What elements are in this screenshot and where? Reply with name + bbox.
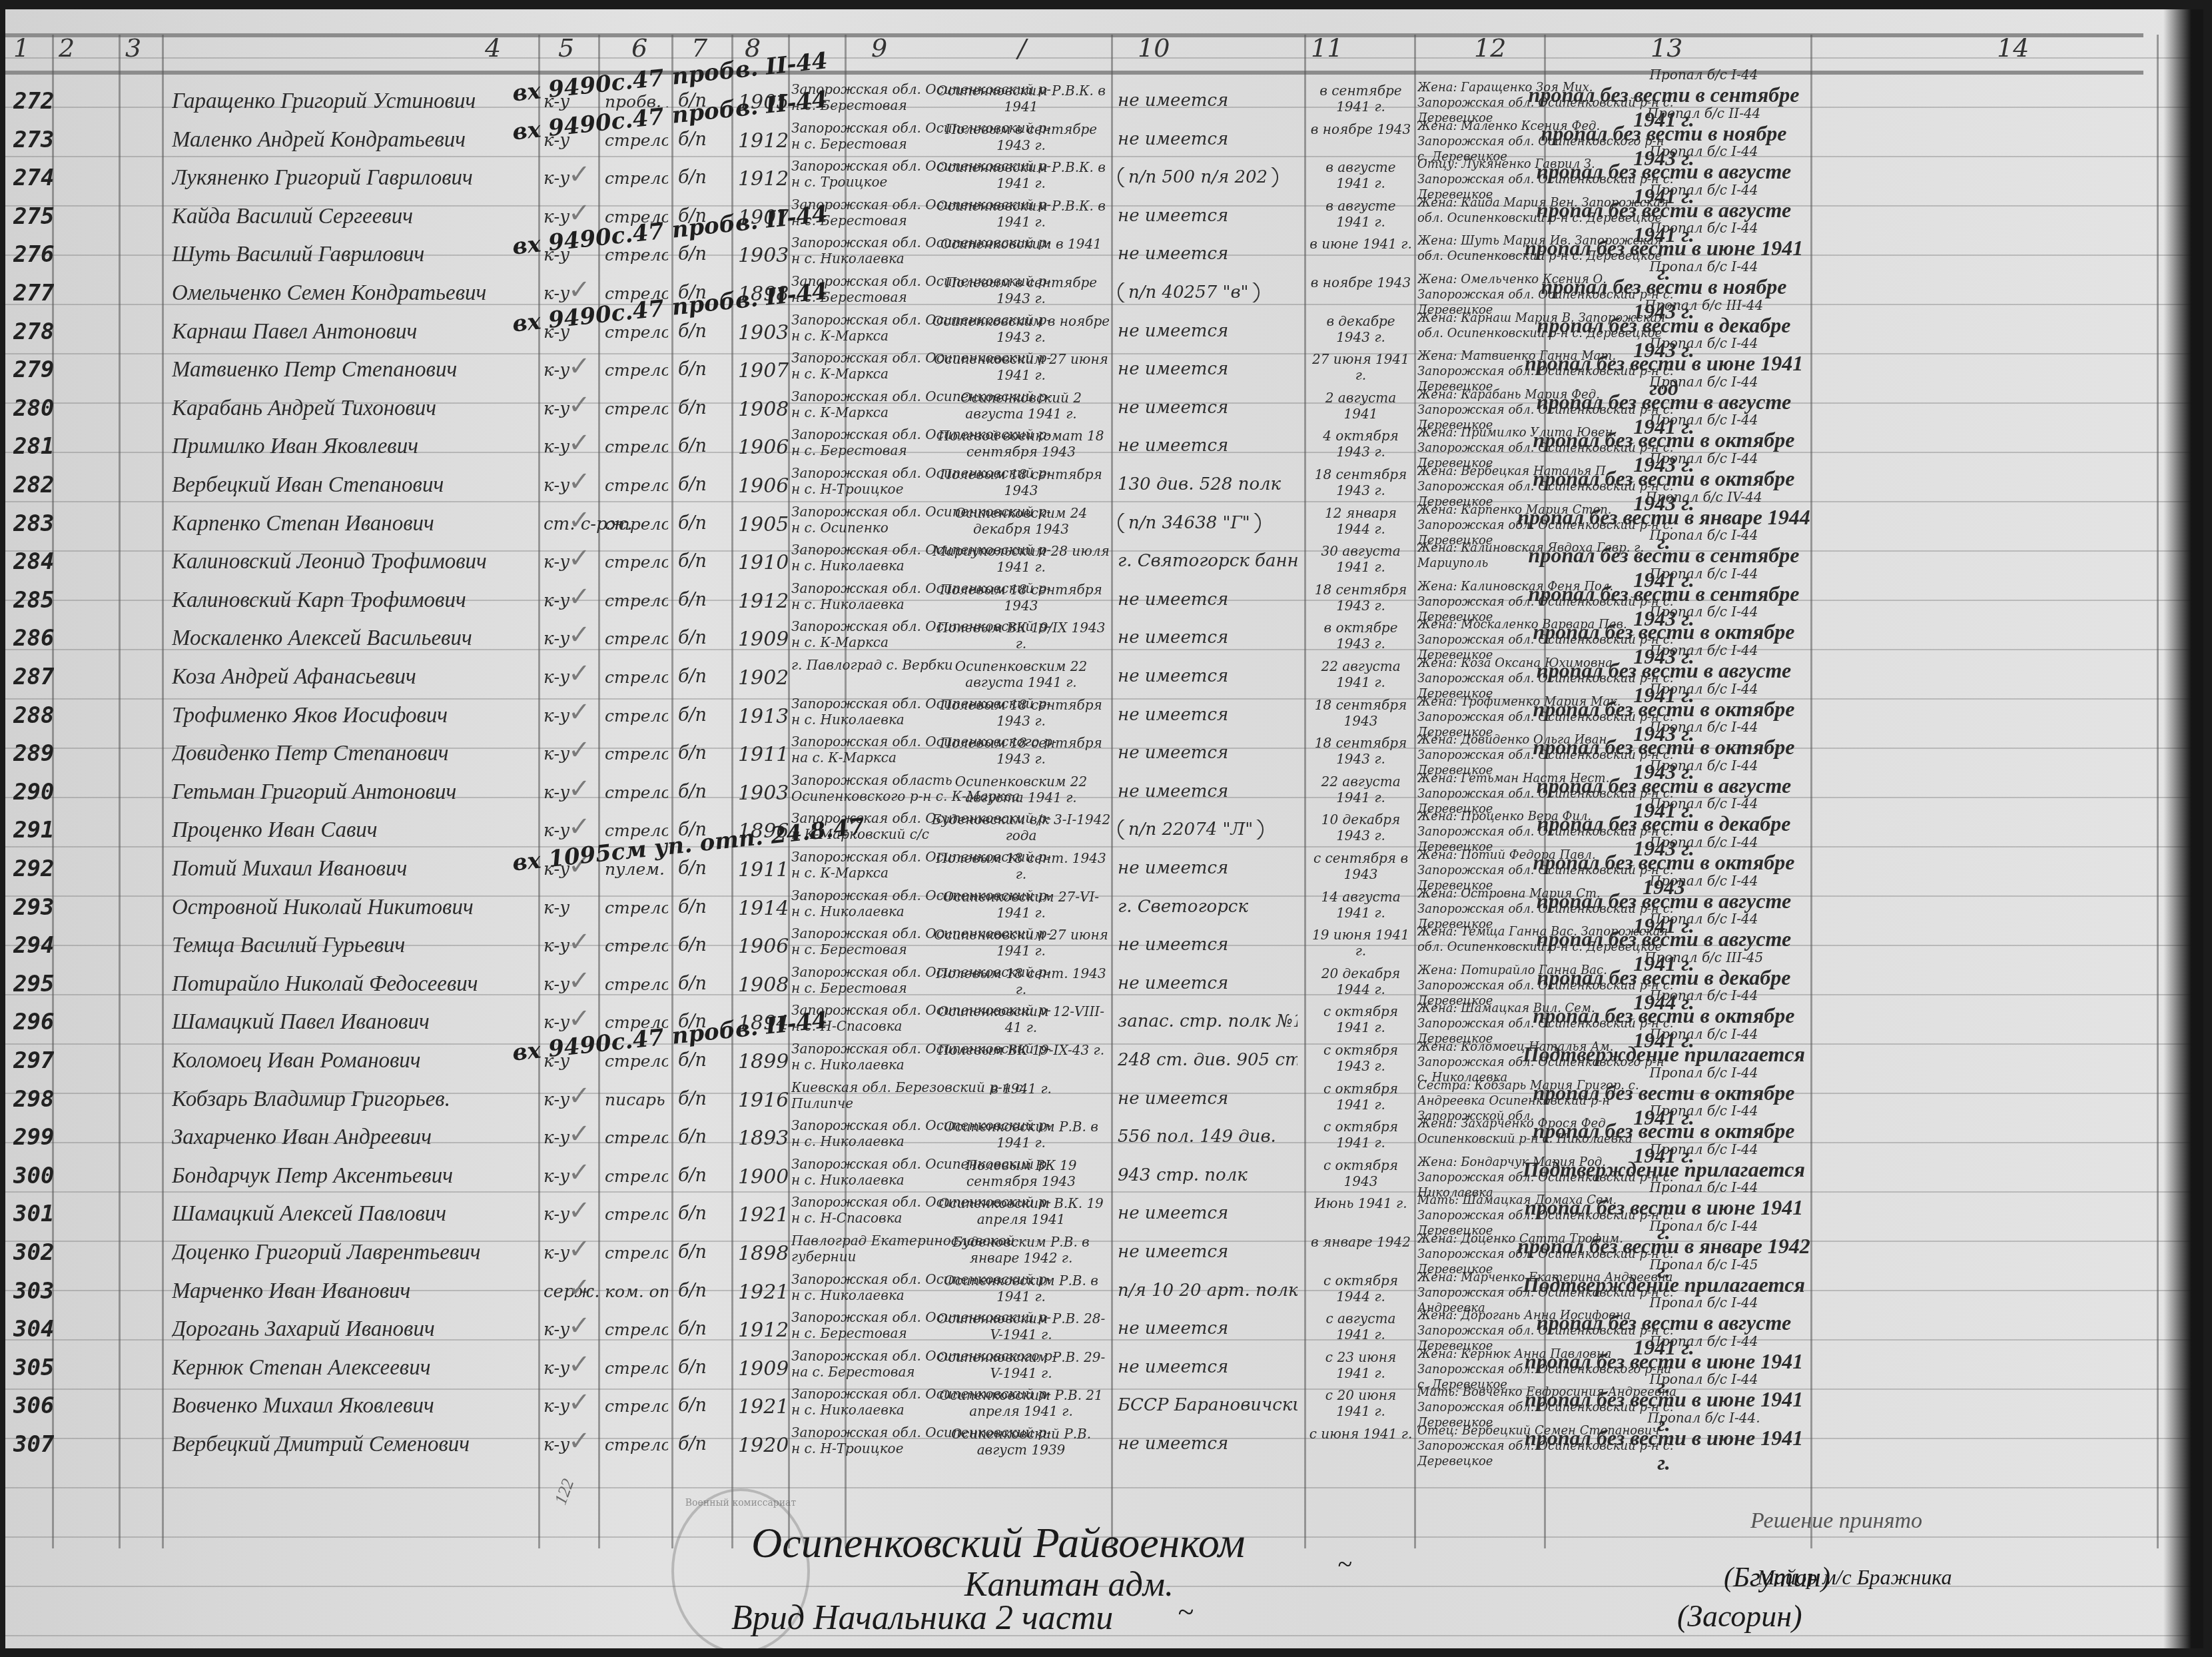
field-post: не имеется xyxy=(1118,590,1297,610)
military-rank: к-у xyxy=(544,552,569,572)
table-row: 292Потий Михаил Ивановичк-у✓пулем.б/п191… xyxy=(5,846,2143,885)
party-status: б/п xyxy=(678,1357,707,1378)
conscription-info: Осипенковским 22 августа 1941 г. xyxy=(931,774,1111,806)
table-row: 302Доценко Григорий Лаврентьевичк-у✓стре… xyxy=(5,1230,2143,1269)
conscription-info: Полевым 18 сентября 1943 г. xyxy=(931,697,1111,729)
conscription-info: Осипенковским Р.В.К. в 1941 г. xyxy=(931,159,1111,191)
status-note: Пропал б/с I-44. xyxy=(1597,1410,1810,1426)
column-rule xyxy=(2157,35,2159,1548)
checkmark-icon: ✓ xyxy=(568,735,591,766)
military-rank: к-у xyxy=(544,668,569,688)
soldier-name: Матвиенко Петр Степанович xyxy=(172,358,535,382)
birth-year: 1903 xyxy=(738,782,789,805)
table-row: 283Карпенко Степан Ивановичст. с-рж.✓стр… xyxy=(5,501,2143,540)
table-row: 291Проценко Иван Савичк-у✓стрелокб/п1896… xyxy=(5,808,2143,846)
soldier-name: Карнаш Павел Антонович xyxy=(172,320,535,344)
position: ком. отд. xyxy=(605,1282,668,1301)
party-status: б/п xyxy=(678,1165,707,1186)
military-rank: к-у xyxy=(544,1090,569,1110)
scan-edge xyxy=(2163,9,2203,1648)
table-row: 285Калиновский Карп Трофимовичк-у✓стрело… xyxy=(5,578,2143,616)
date-missing: с августа 1941 г. xyxy=(1307,1311,1414,1343)
column-number: 11 xyxy=(1311,33,1343,63)
position: стрелок xyxy=(605,1167,668,1186)
date-missing: в августе 1941 г. xyxy=(1307,159,1414,191)
date-missing: Июнь 1941 г. xyxy=(1307,1195,1414,1211)
party-status: б/п xyxy=(678,1050,707,1071)
military-rank: к-у xyxy=(544,1205,569,1225)
status-note: Пропал б/с I-44 xyxy=(1597,1333,1810,1349)
soldier-name: Трофименко Яков Иосифович xyxy=(172,704,535,728)
conscription-info: Осипенковским Р.В. 29-V-1941 г. xyxy=(931,1349,1111,1381)
soldier-name: Омельченко Семен Кондратьевич xyxy=(172,281,535,306)
party-status: б/п xyxy=(678,244,707,265)
table-row: 290Гетьман Григорий Антоновичк-у✓стрелок… xyxy=(5,770,2143,808)
field-post: п/п 40257 "в" xyxy=(1118,282,1297,302)
party-status: б/п xyxy=(678,398,707,418)
party-status: б/п xyxy=(678,1203,707,1224)
military-rank: к-у xyxy=(544,706,569,726)
date-missing: 10 декабря 1943 г. xyxy=(1307,812,1414,843)
row-number: 290 xyxy=(13,779,54,806)
table-row: 273Маленко Андрей Кондратьевичк-устрелок… xyxy=(5,117,2143,156)
military-rank: к-у xyxy=(544,898,569,918)
table-row: 280Карабань Андрей Тихоновичк-у✓стрелокб… xyxy=(5,386,2143,424)
conscription-info: Полевым ВК 19 сентября 1943 xyxy=(931,1157,1111,1189)
soldier-name: Вербецкий Иван Степанович xyxy=(172,473,535,498)
row-number: 295 xyxy=(13,971,54,997)
conscription-info: Осипенковский Р.В. август 1939 xyxy=(931,1426,1111,1458)
date-missing: с 23 июня 1941 г. xyxy=(1307,1349,1414,1381)
conscription-info: Осипенковским 12-VIII-41 г. xyxy=(931,1003,1111,1035)
checkmark-icon: ✓ xyxy=(568,927,591,957)
row-number: 280 xyxy=(13,395,54,422)
conscription-info: Осипенковским 27-VI-1941 г. xyxy=(931,889,1111,921)
soldier-name: Примилко Иван Яковлевич xyxy=(172,434,535,459)
status-note: Пропал б/с III-44 xyxy=(1597,297,1810,313)
conscription-info: в 1941 г. xyxy=(931,1081,1111,1097)
checkmark-icon: ✓ xyxy=(568,198,591,229)
military-rank: к-у xyxy=(544,1359,569,1379)
date-missing: с октября 1941 г. xyxy=(1307,1003,1414,1035)
field-post: 130 див. 528 полк xyxy=(1118,474,1297,494)
row-number: 275 xyxy=(13,203,54,230)
date-missing: 18 сентября 1943 г. xyxy=(1307,466,1414,498)
date-missing: 18 сентября 1943 г. xyxy=(1307,582,1414,614)
military-rank: к-у xyxy=(544,399,569,419)
conscription-info: Осипенковским Р.В. 28-V-1941 г. xyxy=(931,1311,1111,1343)
party-status: б/п xyxy=(678,666,707,687)
conscription-info: Полевым 18 сентября 1943 xyxy=(931,466,1111,498)
row-number: 299 xyxy=(13,1124,54,1151)
status-note: Пропал б/с III-45 xyxy=(1597,949,1810,965)
field-post: не имеется xyxy=(1118,206,1297,226)
party-status: б/п xyxy=(678,590,707,610)
conscription-info: Полевым в сентябре 1943 г. xyxy=(931,275,1111,306)
birth-year: 1902 xyxy=(738,666,789,690)
status-note: Пропал б/с I-44 xyxy=(1597,182,1810,198)
status-note: Пропал б/с I-44 xyxy=(1597,604,1810,620)
row-number: 292 xyxy=(13,855,54,882)
party-status: б/п xyxy=(678,858,707,879)
row-number: 304 xyxy=(13,1316,54,1343)
conscription-info: Полевым 18 сент. 1943 г. xyxy=(931,965,1111,997)
table-row: 296Шамацкий Павел Ивановичк-у✓стрелокб/п… xyxy=(5,999,2143,1038)
table-row: 300Бондарчук Петр Аксентьевичк-у✓стрелок… xyxy=(5,1153,2143,1192)
column-number: 1 xyxy=(13,33,29,63)
checkmark-icon: ✓ xyxy=(568,1426,591,1456)
date-missing: в июне 1941 г. xyxy=(1307,236,1414,252)
conscription-info: Полевым 18 сент. 1943 г. xyxy=(931,850,1111,882)
table-row: 282Вербецкий Иван Степановичк-у✓стрелокб… xyxy=(5,462,2143,501)
birth-year: 1898 xyxy=(738,1242,789,1265)
party-status: б/п xyxy=(678,1319,707,1339)
status-note: Пропал б/с I-44 xyxy=(1597,911,1810,927)
soldier-name: Кернюк Степан Алексеевич xyxy=(172,1356,535,1381)
soldier-name: Гетьман Григорий Антонович xyxy=(172,780,535,805)
birth-year: 1905 xyxy=(738,513,789,536)
soldier-name: Марченко Иван Иванович xyxy=(172,1279,535,1304)
status-note: Пропал б/с I-44 xyxy=(1597,834,1810,850)
field-post: не имеется xyxy=(1118,666,1297,686)
checkmark-icon: ✓ xyxy=(568,1119,591,1149)
birth-year: 1920 xyxy=(738,1434,789,1457)
status-note: Пропал б/с I-44 xyxy=(1597,1103,1810,1119)
status-note: Пропал б/с I-44 xyxy=(1597,1371,1810,1387)
date-missing: с октября 1941 г. xyxy=(1307,1119,1414,1151)
checkmark-icon: ✓ xyxy=(568,1387,591,1418)
military-rank: к-у xyxy=(544,936,569,956)
military-rank: к-у xyxy=(544,1435,569,1455)
checkmark-icon: ✓ xyxy=(568,774,591,804)
position: стрелок xyxy=(605,552,668,572)
date-missing: 22 августа 1941 г. xyxy=(1307,774,1414,806)
status-note: Пропал б/с I-44 xyxy=(1597,758,1810,774)
table-row: 275Кайда Василий Сергеевичк-у✓стрелокб/п… xyxy=(5,194,2143,233)
row-number: 296 xyxy=(13,1009,54,1035)
birth-year: 1921 xyxy=(738,1395,789,1418)
soldier-name: Коза Андрей Афанасьевич xyxy=(172,665,535,690)
missing-status: Пропал б/с I-45Подтверждение прилагается xyxy=(1517,1257,1810,1297)
soldier-name: Москаленко Алексей Васильевич xyxy=(172,626,535,651)
checkmark-icon: ✓ xyxy=(568,390,591,420)
row-number: 302 xyxy=(13,1239,54,1266)
status-result: Подтверждение прилагается xyxy=(1517,1042,1810,1067)
field-post: не имеется xyxy=(1118,398,1297,418)
birth-year: 1903 xyxy=(738,244,789,267)
conscription-info: Осипенковским 27 июня 1941 г. xyxy=(931,351,1111,383)
checkmark-icon: ✓ xyxy=(568,1195,591,1226)
row-number: 272 xyxy=(13,88,54,115)
party-status: б/п xyxy=(678,628,707,648)
soldier-name: Захарченко Иван Андреевич xyxy=(172,1125,535,1150)
party-status: б/п xyxy=(678,1127,707,1147)
position: стрелок xyxy=(605,1359,668,1378)
field-post: не имеется xyxy=(1118,782,1297,802)
date-missing: в январе 1942 xyxy=(1307,1234,1414,1250)
row-number: 289 xyxy=(13,740,54,767)
position: стрелок xyxy=(605,668,668,687)
page-mark: 122 xyxy=(551,1476,579,1508)
birth-year: 1921 xyxy=(738,1203,789,1227)
signature-mark-1: ~ xyxy=(1337,1548,1352,1580)
checkmark-icon: ✓ xyxy=(568,428,591,458)
field-post: не имеется xyxy=(1118,436,1297,456)
soldier-name: Потирайло Николай Федосеевич xyxy=(172,972,535,997)
field-post: п/п 500 п/я 202 xyxy=(1118,167,1297,187)
table-row: 278Карнаш Павел Антоновичк-устрелокб/п19… xyxy=(5,309,2143,348)
checkmark-icon: ✓ xyxy=(568,620,591,650)
date-missing: в августе 1941 г. xyxy=(1307,198,1414,230)
table-row: 293Островной Николай Никитовичк-устрелок… xyxy=(5,885,2143,923)
military-rank: к-у xyxy=(544,783,569,803)
table-row: 294Темща Василий Гурьевичк-у✓стрелокб/п1… xyxy=(5,923,2143,961)
row-number: 277 xyxy=(13,280,54,306)
status-note: Пропал б/с I-44 xyxy=(1597,1295,1810,1311)
footer-line-3: Врид Начальника 2 части xyxy=(731,1598,1113,1638)
position: стрелок xyxy=(605,591,668,610)
birth-year: 1906 xyxy=(738,436,789,459)
party-status: б/п xyxy=(678,782,707,802)
signature-mark-2: ~ xyxy=(1178,1595,1194,1629)
soldier-name: Довиденко Петр Степанович xyxy=(172,742,535,766)
birth-year: 1893 xyxy=(738,1127,789,1150)
row-number: 281 xyxy=(13,433,54,460)
birth-year: 1909 xyxy=(738,628,789,651)
status-note: Пропал б/с I-44 xyxy=(1597,259,1810,275)
row-number: 307 xyxy=(13,1431,54,1458)
field-post: не имеется xyxy=(1118,1089,1297,1109)
soldier-name: Доценко Григорий Лаврентьевич xyxy=(172,1241,535,1265)
row-number: 283 xyxy=(13,510,54,537)
field-post: не имеется xyxy=(1118,129,1297,149)
checkmark-icon: ✓ xyxy=(568,159,591,190)
party-status: б/п xyxy=(678,973,707,994)
column-number: / xyxy=(1018,33,1026,63)
party-status: б/п xyxy=(678,1281,707,1301)
date-missing: с октября 1943 г. xyxy=(1307,1042,1414,1074)
date-missing: 22 августа 1941 г. xyxy=(1307,658,1414,690)
field-post: не имеется xyxy=(1118,91,1297,111)
table-row: 281Примилко Иван Яковлевичк-у✓стрелокб/п… xyxy=(5,424,2143,462)
military-rank: к-у xyxy=(544,744,569,764)
birth-year: 1914 xyxy=(738,897,789,920)
row-number: 306 xyxy=(13,1392,54,1419)
party-status: б/п xyxy=(678,513,707,534)
date-missing: в ноябре 1943 xyxy=(1307,121,1414,137)
field-post: п/п 34638 "Г" xyxy=(1118,513,1297,533)
status-note: Пропал б/с I-44 xyxy=(1597,1141,1810,1157)
column-number: 10 xyxy=(1138,33,1170,63)
position: стрелок xyxy=(605,1205,668,1224)
birth-year: 1910 xyxy=(738,551,789,574)
soldier-name: Коломоец Иван Романович xyxy=(172,1049,535,1073)
military-rank: к-у xyxy=(544,207,569,227)
position: стрелок xyxy=(605,706,668,726)
conscription-info: Осипенковским В.К. 19 апреля 1941 xyxy=(931,1195,1111,1227)
position: стрелок xyxy=(605,936,668,955)
position: стрелок xyxy=(605,1320,668,1339)
row-number: 298 xyxy=(13,1086,54,1113)
party-status: б/п xyxy=(678,129,707,150)
field-post: 943 стр. полк xyxy=(1118,1165,1297,1185)
date-missing: в ноябре 1943 xyxy=(1307,275,1414,290)
position: стрелок xyxy=(605,437,668,456)
birth-year: 1903 xyxy=(738,321,789,344)
soldier-name: Кайда Василий Сергеевич xyxy=(172,205,535,229)
row-number: 278 xyxy=(13,318,54,345)
checkmark-icon: ✓ xyxy=(568,351,591,382)
table-row: 287Коза Андрей Афанасьевичк-у✓стрелокб/п… xyxy=(5,654,2143,693)
date-missing: 2 августа 1941 xyxy=(1307,390,1414,422)
status-note: Пропал б/с I-44 xyxy=(1597,1179,1810,1195)
field-post: не имеется xyxy=(1118,973,1297,993)
party-status: б/п xyxy=(678,551,707,572)
checkmark-icon: ✓ xyxy=(568,505,591,536)
conscription-info: Буденовским Р.В. в январе 1942 г. xyxy=(931,1234,1111,1266)
status-note: Пропал б/с I-44 xyxy=(1597,1218,1810,1234)
status-note: Пропал б/с I-44 xyxy=(1597,450,1810,466)
position: писарь xyxy=(605,1090,668,1109)
status-note: Пропал б/с I-45 xyxy=(1597,1257,1810,1273)
table-row: 301Шамацкий Алексей Павловичк-у✓стрелокб… xyxy=(5,1191,2143,1230)
birth-year: 1908 xyxy=(738,398,789,421)
conscription-info: Полевым 18 сентября 1943 г. xyxy=(931,735,1111,767)
row-number: 293 xyxy=(13,894,54,921)
soldier-name: Бондарчук Петр Аксентьевич xyxy=(172,1164,535,1189)
table-row: 272Гаращенко Григорий Устиновичк-упробв.… xyxy=(5,79,2143,117)
conscription-info: Полевой военкомат 18 сентября 1943 xyxy=(931,428,1111,460)
party-status: б/п xyxy=(678,743,707,764)
conscription-info: Осипенковским 22 августа 1941 г. xyxy=(931,658,1111,690)
header-rule-top xyxy=(5,33,2143,37)
table-row: 298Кобзарь Владимир Григорьев.к-у✓писарь… xyxy=(5,1077,2143,1115)
field-post: п/я 10 20 арт. полк xyxy=(1118,1281,1297,1301)
position: стрелок xyxy=(605,1435,668,1454)
field-post: не имеется xyxy=(1118,359,1297,379)
column-number: 14 xyxy=(1997,33,2029,63)
status-note: Пропал б/с I-44 xyxy=(1597,374,1810,390)
conscription-info: Осипенковским Р.В. в 1941 г. xyxy=(931,1273,1111,1305)
date-missing: 27 июня 1941 г. xyxy=(1307,351,1414,383)
birth-year: 1912 xyxy=(738,1319,789,1342)
position: стрелок xyxy=(605,514,668,534)
party-status: б/п xyxy=(678,321,707,342)
header-rule-bottom xyxy=(5,71,2143,75)
table-row: 286Москаленко Алексей Васильевичк-у✓стре… xyxy=(5,616,2143,654)
column-number: 3 xyxy=(125,33,141,63)
field-post: не имеется xyxy=(1118,321,1297,341)
conscription-info: Осипенковским в ноябре 1943 г. xyxy=(931,313,1111,345)
position: стрелок xyxy=(605,744,668,764)
conscription-info: Полевым 18 сентября 1943 xyxy=(931,582,1111,614)
field-post: 248 ст. див. 905 стр. полк xyxy=(1118,1050,1297,1070)
status-result: пропал без вести в июне 1941 г. xyxy=(1517,1426,1810,1475)
party-status: б/п xyxy=(678,167,707,188)
military-rank: к-у xyxy=(544,975,569,995)
footer-line-1: Осипенковский Райвоенком xyxy=(751,1518,1245,1568)
military-rank: к-у xyxy=(544,476,569,496)
status-note: Пропал б/с II-44 xyxy=(1597,105,1810,121)
missing-status: Пропал б/с I-44Подтверждение прилагается xyxy=(1517,1141,1810,1182)
resolution-note: Решение принято xyxy=(1750,1508,1922,1534)
checkmark-icon: ✓ xyxy=(568,543,591,574)
column-number: 6 xyxy=(631,33,647,63)
soldier-name: Гаращенко Григорий Устинович xyxy=(172,89,535,114)
conscription-info: Полевым ВК 19-IX-43 г. xyxy=(931,1042,1111,1058)
checkmark-icon: ✓ xyxy=(568,1349,591,1380)
conscription-info: Полевым ВК 19/IX 1943 г. xyxy=(931,620,1111,652)
soldier-name: Шамацкий Павел Иванович xyxy=(172,1010,535,1035)
position: стрелок xyxy=(605,1396,668,1416)
date-missing: с сентября в 1943 xyxy=(1307,850,1414,882)
party-status: б/п xyxy=(678,935,707,955)
status-note: Пропал б/с I-44 xyxy=(1597,1026,1810,1042)
field-post: не имеется xyxy=(1118,1242,1297,1262)
column-number: 4 xyxy=(485,33,501,63)
status-note: Пропал б/с I-44 xyxy=(1597,987,1810,1003)
field-post: г. Светогорск xyxy=(1118,897,1297,917)
resolution-signature: Майор м/с Бражника xyxy=(1757,1565,1952,1590)
military-rank: к-у xyxy=(544,1320,569,1340)
date-missing: в декабре 1943 г. xyxy=(1307,313,1414,345)
military-rank: к-у xyxy=(544,821,569,841)
column-number: 2 xyxy=(59,33,75,63)
checkmark-icon: ✓ xyxy=(568,275,591,305)
date-missing: 20 декабря 1944 г. xyxy=(1307,965,1414,997)
conscription-info: Осипенковским Р.В. в 1941 г. xyxy=(931,1119,1111,1151)
document-sheet: 123456789/1011121314 272Гаращенко Григор… xyxy=(5,9,2203,1648)
status-note: Пропал б/с I-44 xyxy=(1597,67,1810,83)
field-post: 556 пол. 149 див. xyxy=(1118,1127,1297,1147)
position: стрелок xyxy=(605,898,668,917)
field-post: не имеется xyxy=(1118,743,1297,763)
row-number: 285 xyxy=(13,587,54,614)
date-missing: 12 января 1944 г. xyxy=(1307,505,1414,537)
military-rank: к-у xyxy=(544,1167,569,1187)
status-note: Пропал б/с I-44 xyxy=(1597,143,1810,159)
status-note: Пропал б/с I-44 xyxy=(1597,412,1810,428)
soldier-name: Шуть Василий Гаврилович xyxy=(172,243,535,267)
birth-year: 1911 xyxy=(738,858,789,881)
row-number: 276 xyxy=(13,241,54,268)
status-result: Подтверждение прилагается xyxy=(1517,1157,1810,1182)
military-rank: к-у xyxy=(544,284,569,304)
row-number: 301 xyxy=(13,1201,54,1227)
soldier-name: Кобзарь Владимир Григорьев. xyxy=(172,1087,535,1112)
conscription-info: Осипенковским в 1941 xyxy=(931,236,1111,252)
soldier-name: Карпенко Степан Иванович xyxy=(172,512,535,536)
field-post: не имеется xyxy=(1118,1357,1297,1377)
conscription-info: Буденовским в/к 3-I-1942 года xyxy=(931,812,1111,843)
row-number: 288 xyxy=(13,702,54,729)
field-post: не имеется xyxy=(1118,858,1297,878)
checkmark-icon: ✓ xyxy=(568,1081,591,1111)
field-post: п/п 22074 "Л" xyxy=(1118,820,1297,839)
checkmark-icon: ✓ xyxy=(568,658,591,689)
column-number: 13 xyxy=(1651,33,1682,63)
party-status: б/п xyxy=(678,359,707,380)
row-number: 286 xyxy=(13,625,54,652)
table-row: 303Марченко Иван Ивановичсерж.✓ком. отд.… xyxy=(5,1269,2143,1307)
field-post: не имеется xyxy=(1118,628,1297,648)
military-rank: к-у xyxy=(544,1243,569,1263)
position: стрелок xyxy=(605,360,668,380)
status-note: Пропал б/с I-44 xyxy=(1597,335,1810,351)
soldier-name: Калиновский Леонид Трофимович xyxy=(172,550,535,574)
birth-year: 1907 xyxy=(738,359,789,382)
field-post: г. Святогорск банное пл. 17 xyxy=(1118,551,1297,571)
